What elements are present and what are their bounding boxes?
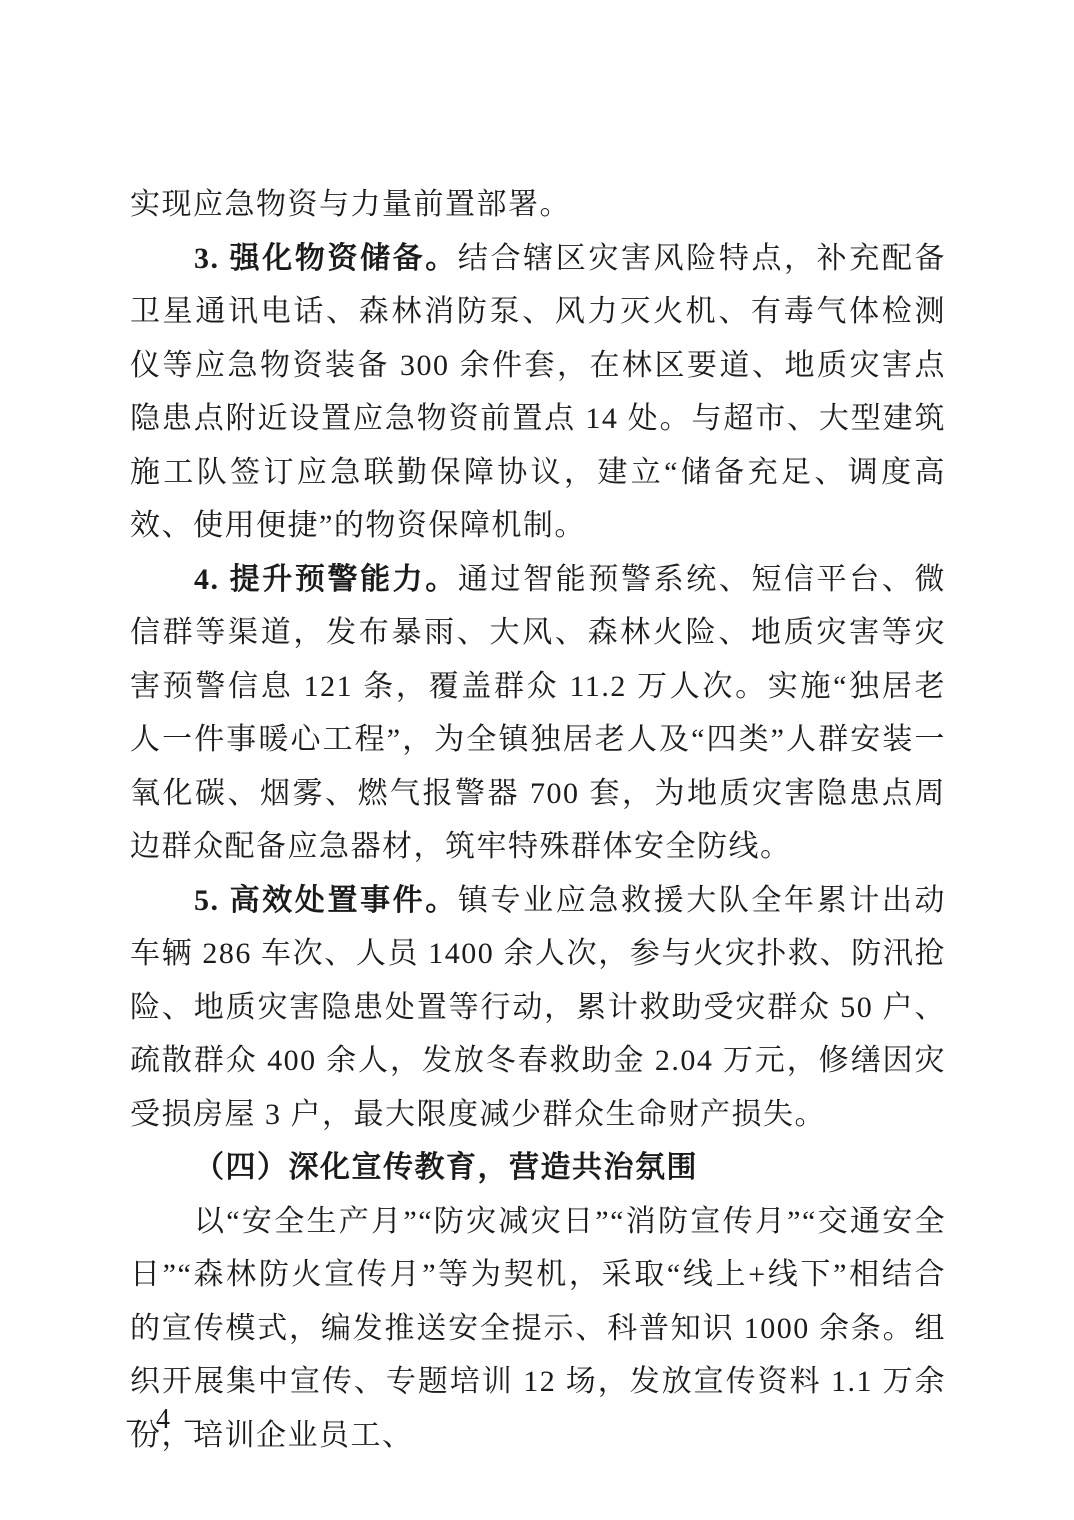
document-body: 实现应急物资与力量前置部署。 3. 强化物资储备。结合辖区灾害风险特点，补充配备… — [130, 178, 946, 1462]
document-page: 实现应急物资与力量前置部署。 3. 强化物资储备。结合辖区灾害风险特点，补充配备… — [0, 0, 1074, 1520]
paragraph-item-5: 5. 高效处置事件。镇专业应急救援大队全年累计出动车辆 286 车次、人员 14… — [130, 874, 946, 1142]
item-5-body-text: 镇专业应急救援大队全年累计出动车辆 286 车次、人员 1400 余人次，参与火… — [130, 884, 946, 1131]
item-4-body-text: 通过智能预警系统、短信平台、微信群等渠道，发布暴雨、大风、森林火险、地质灾害等灾… — [130, 563, 946, 864]
section-heading-four: （四）深化宣传教育，营造共治氛围 — [130, 1141, 946, 1195]
item-4-lead: 4. 提升预警能力。 — [194, 563, 458, 596]
paragraph-publicity: 以“安全生产月”“防灾减灾日”“消防宣传月”“交通安全日”“森林防火宣传月”等为… — [130, 1195, 946, 1463]
paragraph-item-3: 3. 强化物资储备。结合辖区灾害风险特点，补充配备卫星通讯电话、森林消防泵、风力… — [130, 232, 946, 553]
page-number: – 4 – — [127, 1404, 203, 1436]
paragraph-item-4: 4. 提升预警能力。通过智能预警系统、短信平台、微信群等渠道，发布暴雨、大风、森… — [130, 553, 946, 874]
paragraph-continuation: 实现应急物资与力量前置部署。 — [130, 178, 946, 232]
item-3-body-text: 结合辖区灾害风险特点，补充配备卫星通讯电话、森林消防泵、风力灭火机、有毒气体检测… — [130, 242, 946, 543]
item-3-lead: 3. 强化物资储备。 — [194, 242, 458, 275]
item-5-lead: 5. 高效处置事件。 — [194, 884, 458, 917]
